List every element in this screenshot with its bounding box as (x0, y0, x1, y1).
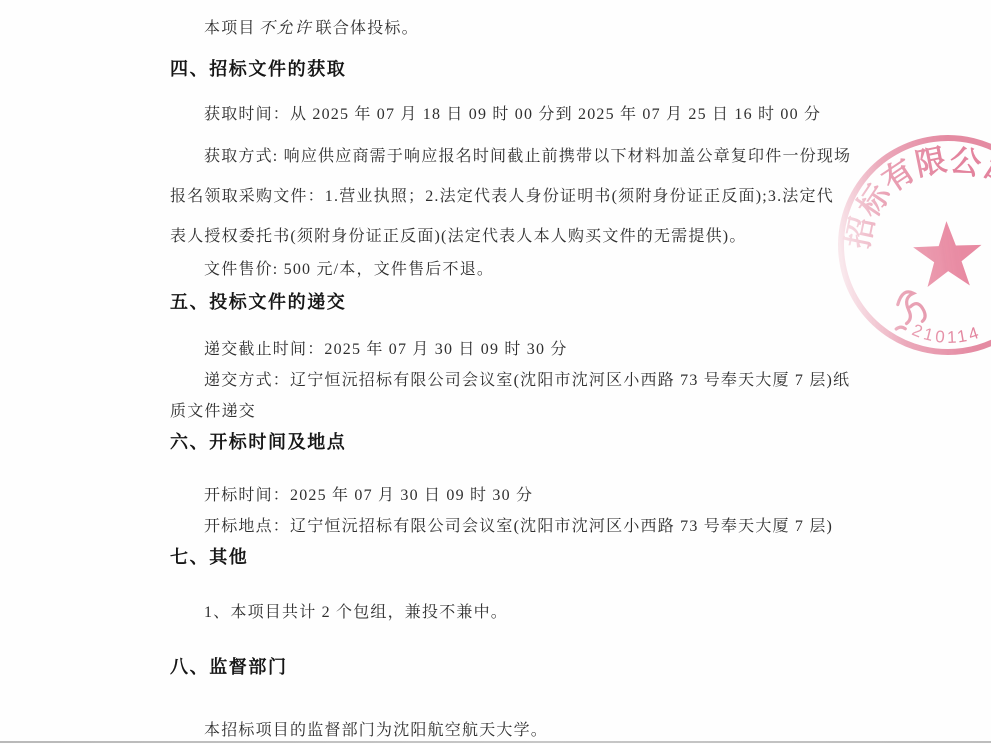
acquisition-method-line1: 获取方式: 响应供应商需于响应报名时间截止前携带以下材料加盖公章复印件一份现场 (204, 147, 851, 167)
intro-suffix: 联合体投标。 (316, 20, 419, 37)
section5-heading: 五、投标文件的递交 (170, 292, 346, 312)
section7-heading: 七、其他 (170, 547, 248, 567)
scanned-tender-document-page: 本项目不允许联合体投标。 四、招标文件的获取 获取时间：从 2025 年 07 … (0, 0, 991, 744)
opening-location-line: 开标地点：辽宁恒沅招标有限公司会议室(沈阳市沈河区小西路 73 号奉天大厦 7 … (204, 517, 833, 537)
acquisition-method-line3: 表人授权委托书(须附身份证正反面)(法定代表人本人购买文件的无需提供)。 (170, 227, 747, 247)
other-note-line: 1、本项目共计 2 个包组，兼投不兼中。 (204, 603, 508, 623)
section4-heading: 四、招标文件的获取 (170, 59, 346, 79)
acquisition-method-line2: 报名领取采购文件：1.营业执照；2.法定代表人身份证明书(须附身份证正反面);3… (170, 187, 834, 207)
intro-prefix: 本项目 (204, 20, 256, 37)
intro-line: 本项目不允许联合体投标。 (204, 19, 419, 39)
submission-deadline-line: 递交截止时间：2025 年 07 月 30 日 09 时 30 分 (204, 340, 568, 360)
seal-star-icon (912, 220, 983, 287)
opening-time-line: 开标时间：2025 年 07 月 30 日 09 时 30 分 (204, 486, 533, 506)
submission-method-line1: 递交方式：辽宁恒沅招标有限公司会议室(沈阳市沈河区小西路 73 号奉天大厦 7 … (204, 371, 850, 391)
section6-heading: 六、开标时间及地点 (170, 432, 346, 452)
submission-method-line2: 质文件递交 (170, 402, 256, 422)
document-price-line: 文件售价: 500 元/本，文件售后不退。 (204, 260, 494, 280)
supervision-department-line: 本招标项目的监督部门为沈阳航空航天大学。 (204, 721, 548, 741)
intro-emphasis-italic: 不允许 (256, 20, 316, 37)
scan-bottom-edge-artifact (0, 741, 991, 743)
acquisition-time-line: 获取时间：从 2025 年 07 月 18 日 09 时 00 分到 2025 … (204, 105, 821, 125)
red-company-seal-stamp: 招标有限公司 210114 (810, 107, 991, 383)
section8-heading: 八、监督部门 (170, 657, 288, 677)
